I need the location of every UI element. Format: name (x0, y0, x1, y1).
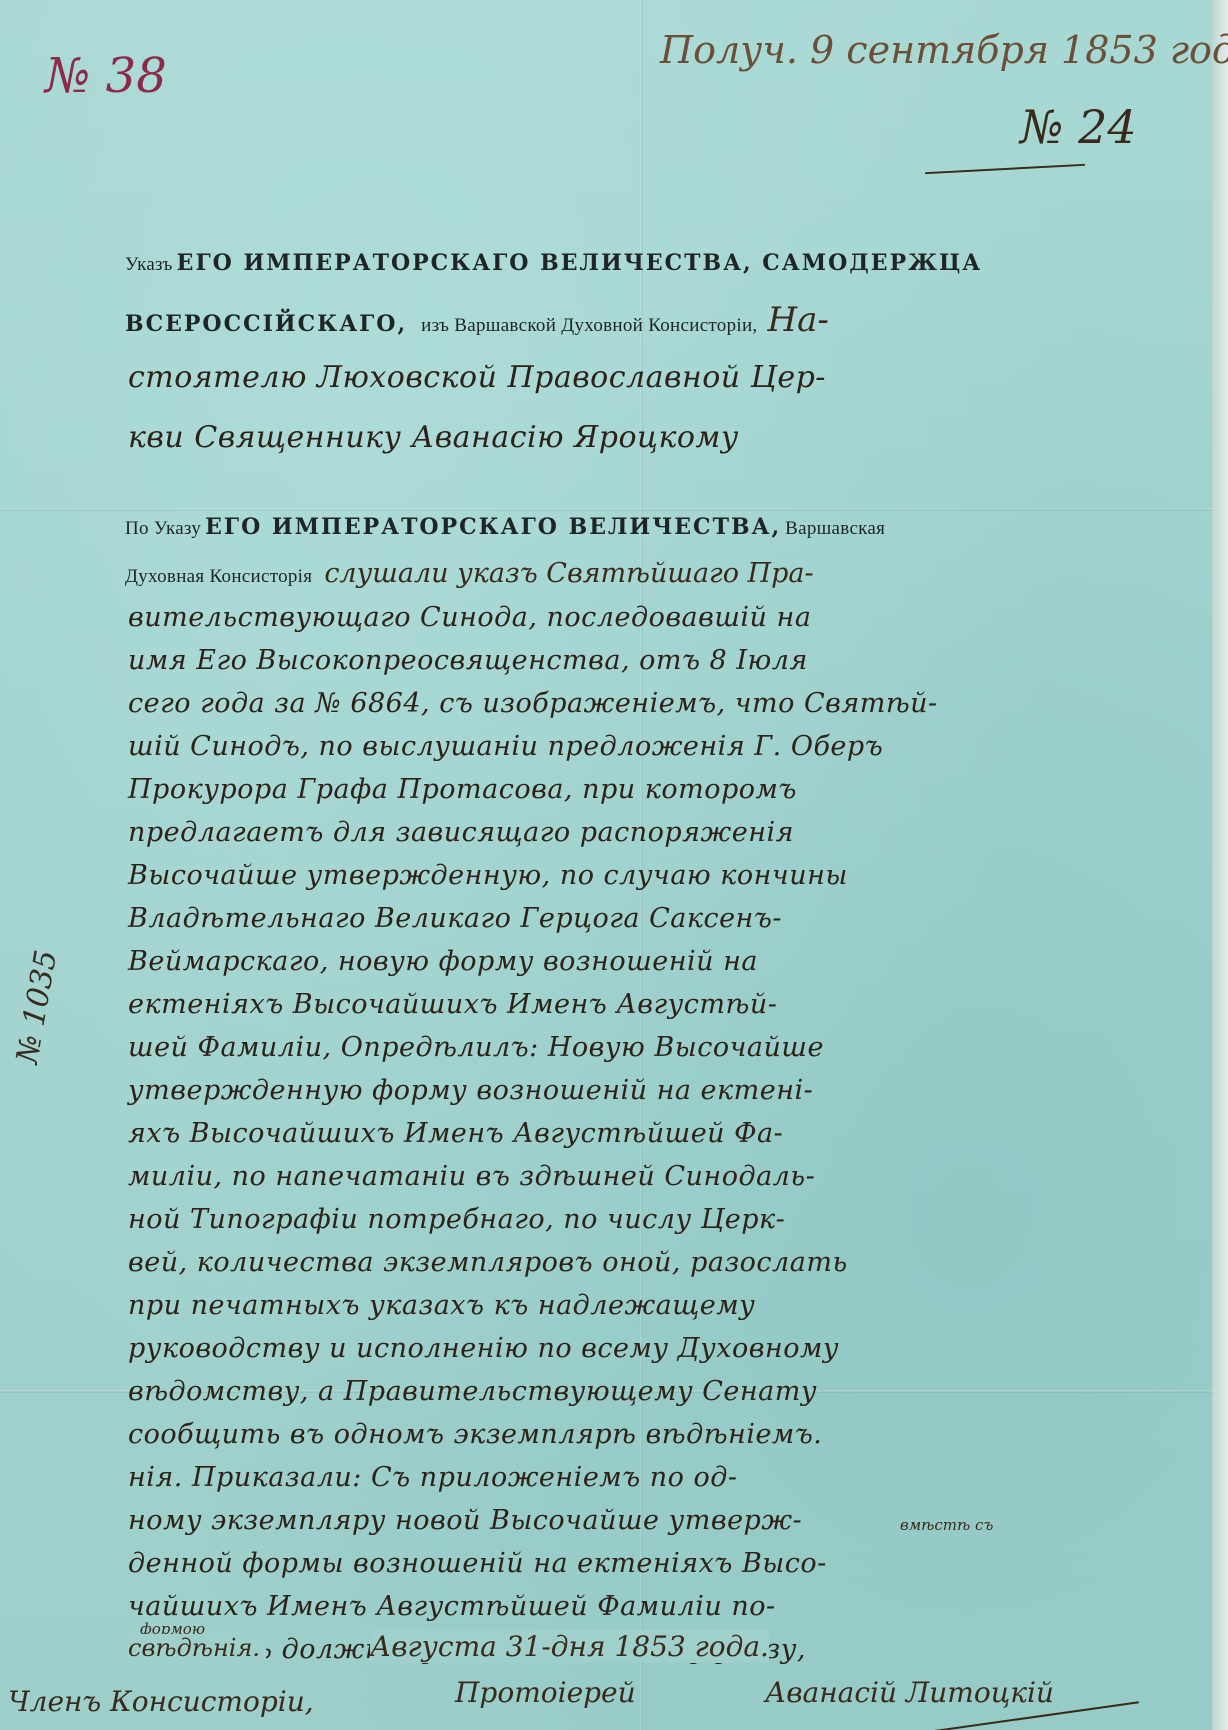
body-line: Прокурора Графа Протасова, при которомъ (128, 774, 797, 805)
body-line: чайшихъ Именъ Августѣйшей Фамиліи по- (128, 1591, 776, 1622)
signature-rank: Протоіерей (455, 1676, 636, 1709)
preamble-line-2: Духовная Консисторія слушали указъ Святѣ… (125, 558, 814, 589)
received-note: Получ. 9 сентября 1853 года (660, 28, 1228, 72)
body-line: при печатныхъ указахъ къ надлежащему (128, 1290, 755, 1321)
preamble-line-1: По Указу ЕГО ИМПЕРАТОРСКАГО ВЕЛИЧЕСТВА, … (125, 514, 885, 540)
header-title-caps: ЕГО ИМПЕРАТОРСКАГО ВЕЛИЧЕСТВА, САМОДЕРЖЦ… (177, 250, 983, 276)
body-line: Веймарскаго, новую форму возношеній на (128, 946, 758, 977)
body-line: Высочайше утвержденную, по случаю кончин… (128, 860, 848, 891)
body-line: миліи, по напечатаніи въ здѣшней Синодал… (128, 1161, 815, 1192)
body-line: ной Типографіи потребнаго, по числу Церк… (128, 1204, 785, 1235)
body-line: сообщить въ одномъ экземплярѣ вѣдѣніемъ. (128, 1419, 822, 1450)
body-line: сего года за № 6864, съ изображеніемъ, ч… (128, 688, 938, 719)
body-line: яхъ Высочайшихъ Именъ Августѣйшей Фа- (128, 1118, 783, 1149)
preamble-prefix: По Указу (125, 518, 201, 539)
incoming-number: № 24 (1020, 100, 1137, 154)
body-line: шій Синодъ, по выслушаніи предложенія Г.… (128, 731, 883, 762)
header-prefix: Указъ (125, 254, 173, 275)
body-line: вительствующаго Синода, последовавшій на (128, 602, 811, 633)
body-line: утвержденную форму возношеній на ектені- (128, 1075, 813, 1106)
header-title-caps-2: ВСЕРОССІЙСКАГО, (125, 311, 407, 337)
header-line-2: ВСЕРОССІЙСКАГО, изъ Варшавской Духовной … (125, 300, 829, 340)
body-line: нія. Приказали: Съ приложеніемъ по од- (128, 1462, 737, 1493)
header-line-1: Указъ ЕГО ИМПЕРАТОРСКАГО ВЕЛИЧЕСТВА, САМ… (125, 250, 982, 276)
addressee-line-2: кви Священнику Аванасію Яроцкому (128, 420, 739, 455)
body-line: денной формы возношеній на ектеніяхъ Выс… (128, 1548, 827, 1579)
body-line: руководству и исполненію по всему Духовн… (128, 1333, 839, 1364)
body-line: шей Фамиліи, Опредѣлилъ: Новую Высочайше (128, 1032, 824, 1063)
body-line: предлагаетъ для зависящаго распоряженія (128, 817, 794, 848)
body-line: ному экземпляру новой Высочайше утверж- (128, 1505, 802, 1536)
body-line: ектеніяхъ Высочайшихъ Именъ Августѣй- (128, 989, 777, 1020)
body-line: вей, количества экземпляровъ оной, разос… (128, 1247, 848, 1278)
body-line: имя Его Высокопреосвященства, отъ 8 Іюля (128, 645, 808, 676)
header-hand-start: На- (767, 300, 828, 340)
paper-edge (1212, 0, 1228, 1730)
preamble-print: Духовная Консисторія (125, 566, 312, 587)
body-line: вѣдомству, а Правительствующему Сенату (128, 1376, 817, 1407)
addressee-line-1: стоятелю Люховской Православной Цер- (128, 360, 826, 395)
signature-title: Членъ Консисторіи, (8, 1685, 314, 1718)
preamble-caps: ЕГО ИМПЕРАТОРСКАГО ВЕЛИЧЕСТВА, (205, 514, 781, 540)
top-left-number: № 38 (45, 48, 167, 104)
header-source: изъ Варшавской Духовной Консисторіи, (421, 315, 757, 336)
closing-date: Августа 31-дня 1853 года. (370, 1630, 769, 1663)
preamble-hand: слушали указъ Святѣйшаго Пра- (324, 558, 813, 589)
closing-left: свѣдѣнія. (128, 1634, 266, 1662)
fold-crease (0, 508, 1212, 511)
body-line: Владѣтельнаго Великаго Герцога Саксенъ- (128, 903, 782, 934)
signature-name: Аванасій Литоцкій (765, 1676, 1054, 1709)
preamble-suffix: Варшавская (785, 518, 885, 539)
interlinear-insert: вмѣстѣ съ (900, 1516, 993, 1534)
